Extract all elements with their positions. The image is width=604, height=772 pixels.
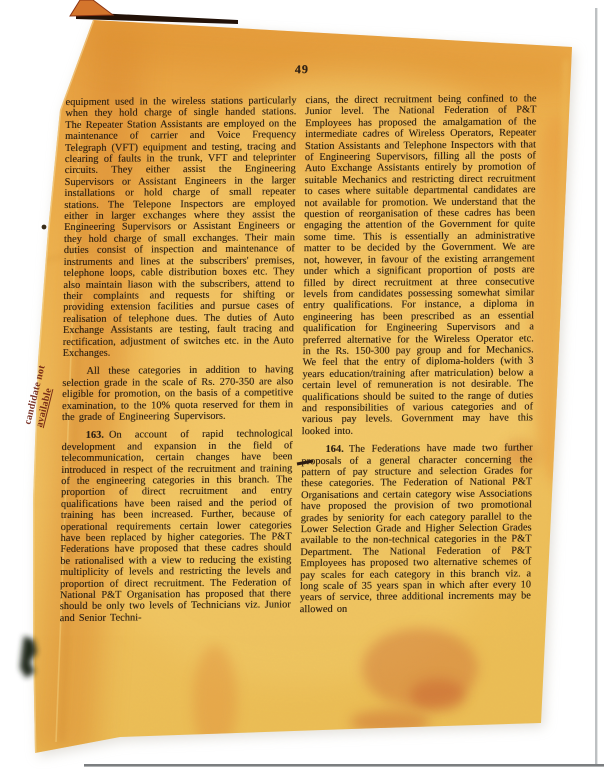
paragraph-continuation: cians, the direct recruitment being conf… — [302, 93, 537, 437]
folded-corner — [70, 0, 113, 16]
paragraph-text: On account of rapid technological develo… — [60, 429, 293, 624]
page-number: 49 — [66, 60, 538, 79]
left-column: equipment used in the wireless stations … — [60, 95, 297, 624]
paragraph-163: 163.On account of rapid technological de… — [60, 429, 293, 625]
paragraph-text: The Federations have made two further pr… — [300, 443, 533, 616]
page-content: 49 equipment used in the wireless statio… — [60, 52, 538, 624]
scan-shadow-right — [595, 8, 597, 766]
scan-shadow-bottom — [84, 764, 604, 767]
paragraph-continuation: equipment used in the wireless stations … — [63, 95, 297, 359]
paragraph-text: equipment used in the wireless stations … — [63, 95, 297, 359]
right-column: cians, the direct recruitment being conf… — [300, 93, 537, 622]
two-column-text: equipment used in the wireless stations … — [60, 93, 538, 624]
paragraph-164: 164.The Federations have made two furthe… — [300, 443, 533, 616]
paragraph: All these categories in addition to havi… — [62, 365, 294, 424]
paragraph-number: 164. — [325, 444, 343, 455]
paragraph-number: 163. — [86, 430, 104, 441]
paragraph-text: All these categories in addition to havi… — [62, 365, 294, 423]
ink-speck — [42, 225, 47, 230]
paragraph-text: cians, the direct recruitment being conf… — [302, 93, 537, 437]
